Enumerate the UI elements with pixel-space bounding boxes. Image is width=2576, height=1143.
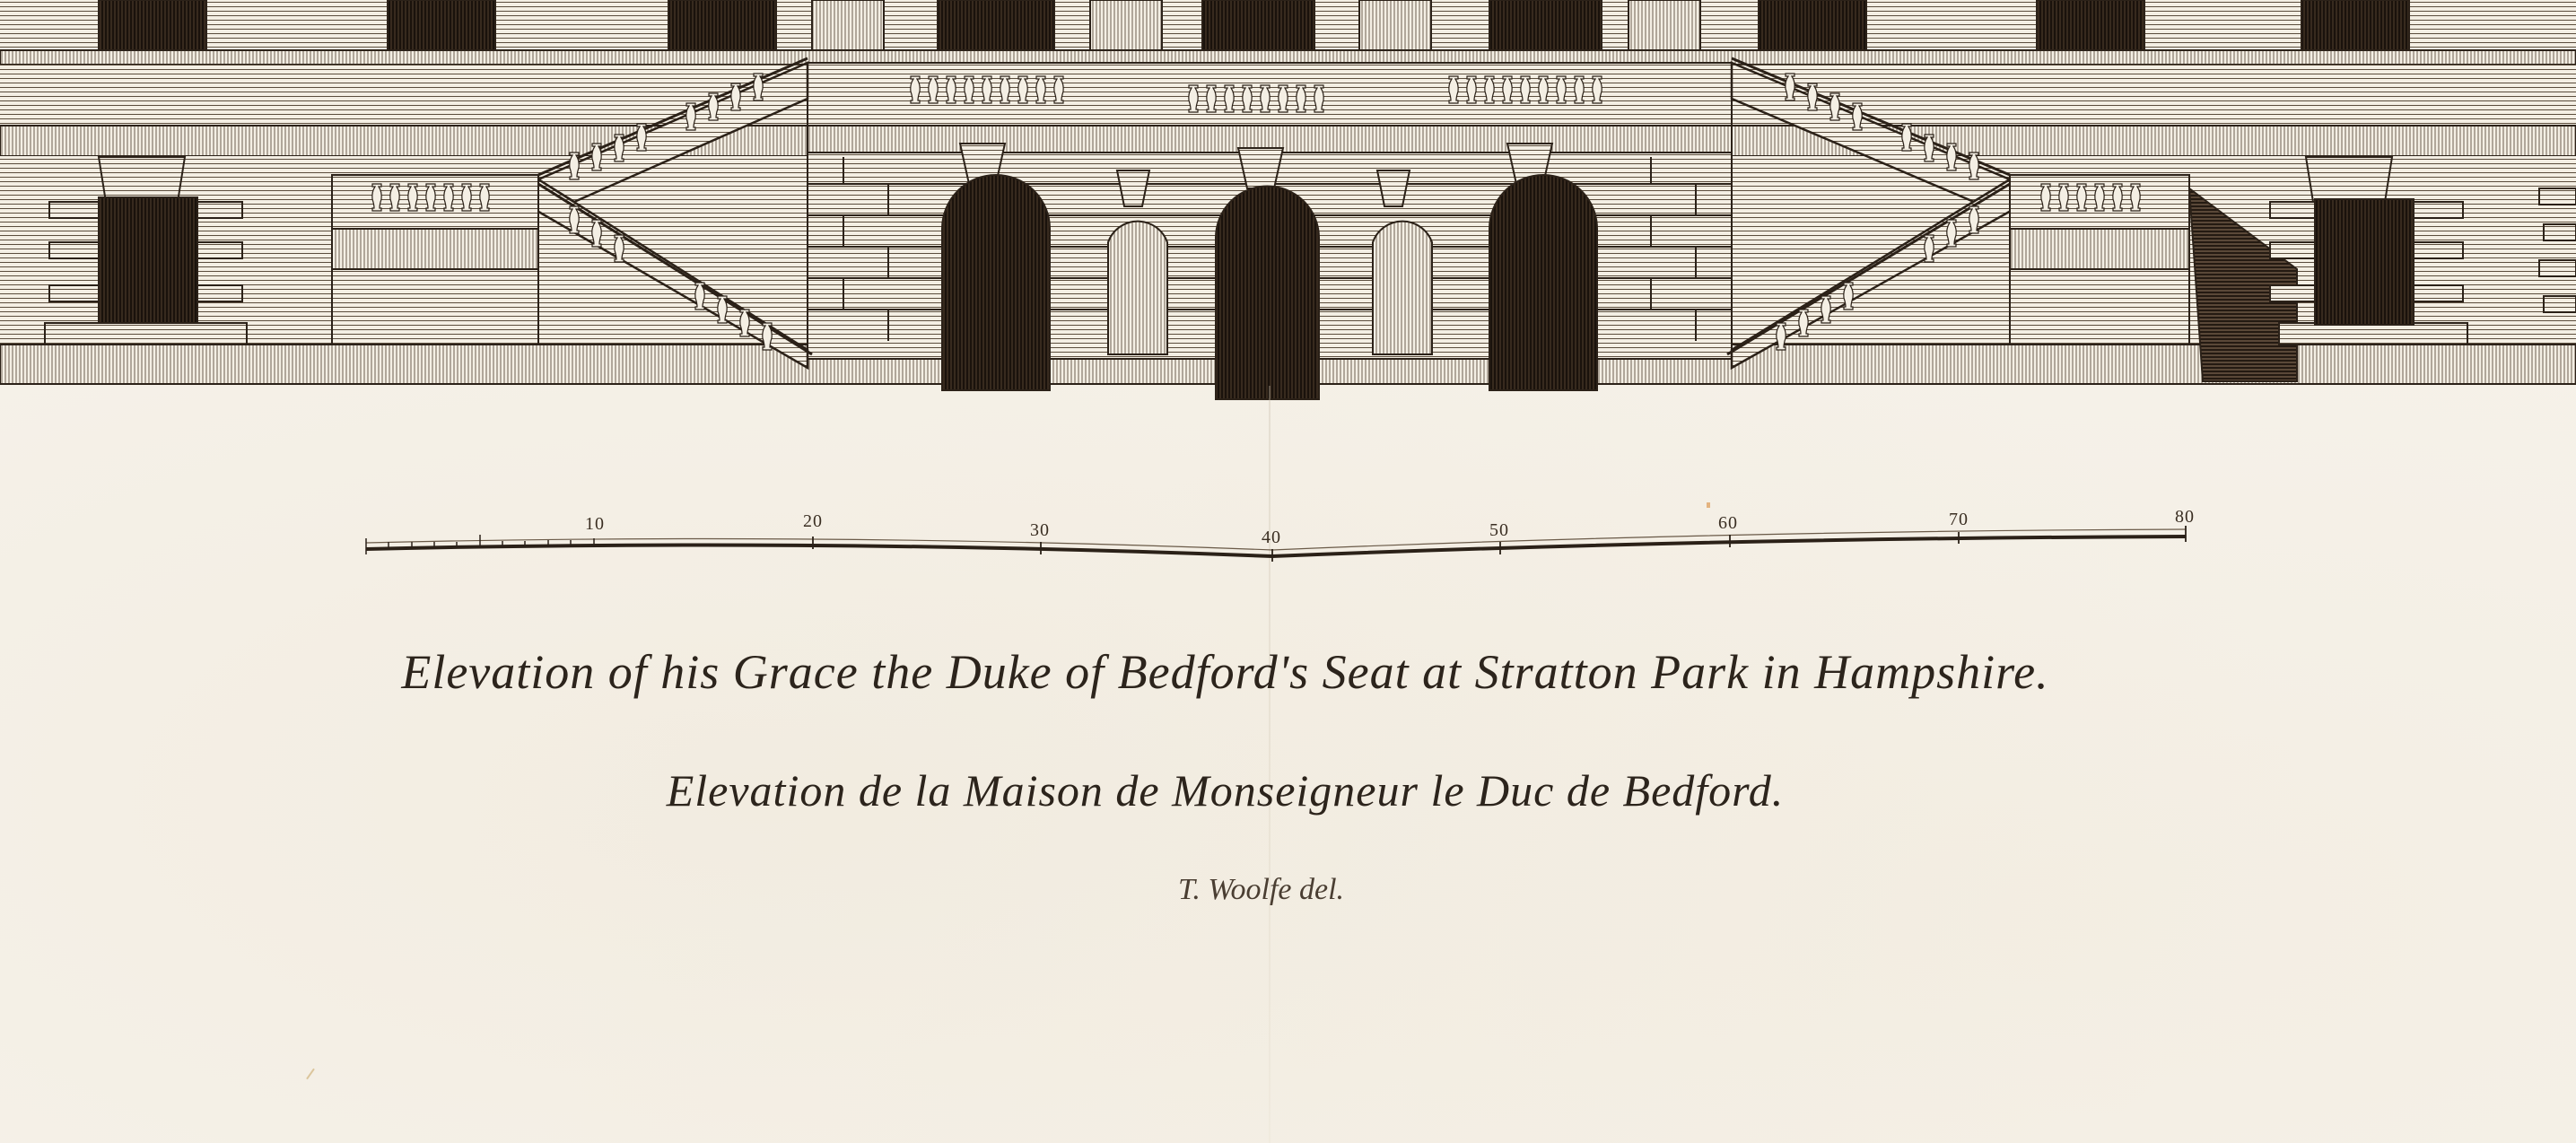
paper-speck [1707,502,1710,508]
scale-label-10: 10 [585,514,605,534]
scale-label-60: 60 [1718,513,1738,533]
scale-label-30: 30 [1030,520,1050,540]
caption-english: Elevation of his Grace the Duke of Bedfo… [0,644,2513,700]
scale-label-20: 20 [803,511,823,531]
scale-label-40: 40 [1262,528,1281,547]
scale-label-50: 50 [1489,520,1509,540]
scale-bar: 10 20 30 40 50 60 70 80 [366,502,2186,574]
caption-french: Elevation de la Maison de Monseigneur le… [0,764,2513,816]
scale-label-70: 70 [1949,510,1969,529]
architectural-elevation-engraving [0,0,2576,404]
engraver-credit: T. Woolfe del. [0,873,2549,907]
scale-label-80: 80 [2175,507,2195,527]
